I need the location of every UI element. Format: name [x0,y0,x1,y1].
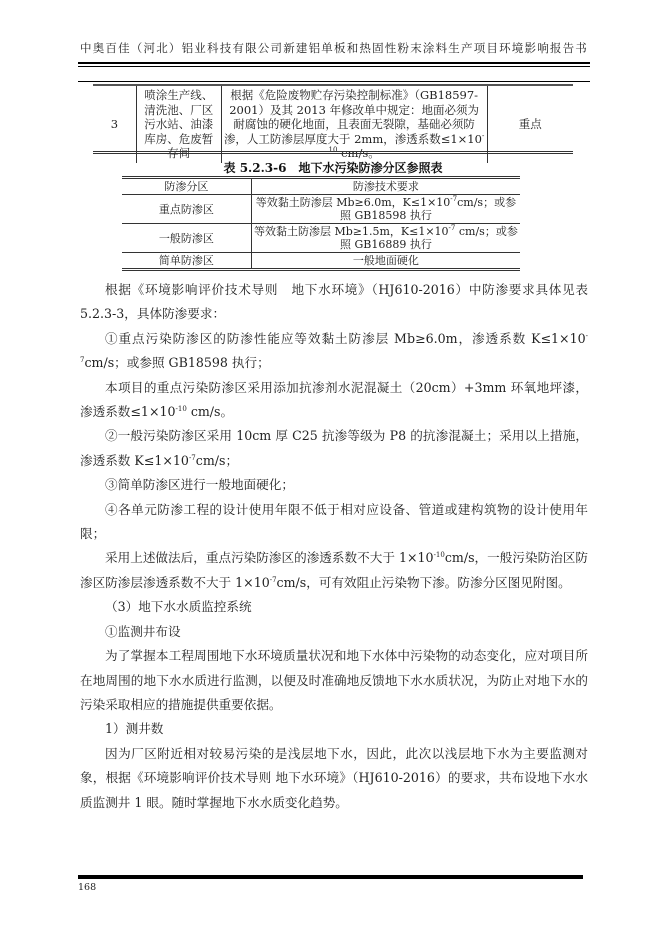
body-text: 根据《环境影响评价技术导则 地下水环境》（HJ610-2016）中防渗要求具体见… [80,278,588,815]
table-row: 重点防渗区 等效黏土防渗层 Mb≥6.0m，K≤1×10-7cm/s；或参照 G… [122,195,520,224]
paragraph: 根据《环境影响评价技术导则 地下水环境》（HJ610-2016）中防渗要求具体见… [80,278,588,327]
cell-zone: 重点防渗区 [122,195,251,224]
header-rule-thin [78,66,590,67]
seepage-zone-table: 防渗分区 防渗技术要求 重点防渗区 等效黏土防渗层 Mb≥6.0m，K≤1×10… [122,176,520,271]
paragraph: ③简单防渗区进行一般地面硬化； [80,473,588,497]
footer-rule [78,875,583,879]
subsection-heading: ①监测井布设 [80,620,588,644]
cell-requirement: 等效黏土防渗层 Mb≥6.0m，K≤1×10-7cm/s；或参照 GB18598… [251,195,520,224]
cell-requirement: 等效黏土防渗层 Mb≥1.5m，K≤1×10-7 cm/s；或参照 GB1688… [251,224,520,253]
cell-zone: 简单防渗区 [122,253,251,270]
subsection-heading: 1）测井数 [80,717,588,741]
paragraph: 采用上述做法后，重点污染防渗区的渗透系数不大于 1×10-10cm/s，一般污染… [80,546,588,595]
header-zone: 防渗分区 [122,178,251,195]
paragraph: 本项目的重点污染防渗区采用添加抗渗剂水泥混凝土（20cm）+3mm 环氧地坪漆，… [80,376,588,425]
page-number: 168 [78,882,96,893]
table-caption: 表 5.2.3-6 地下水污染防渗分区参照表 [93,159,573,176]
paragraph: ①重点污染防渗区的防渗性能应等效黏土防渗层 Mb≥6.0m，渗透系数 K≤1×1… [80,327,588,376]
cell-zone: 一般防渗区 [122,224,251,253]
paragraph: 为了掌握本工程周围地下水环境质量状况和地下水体中污染物的动态变化，应对项目所在地… [80,644,588,717]
table-row: 一般防渗区 等效黏土防渗层 Mb≥1.5m，K≤1×10-7 cm/s；或参照 … [122,224,520,253]
paragraph: 因为厂区附近相对较易污染的是浅层地下水，因此，此次以浅层地下水为主要监测对象，根… [80,742,588,815]
page-header-title: 中奥百佳（河北）铝业科技有限公司新建铝单板和热固性粉末涂料生产项目环境影响报告书 [78,40,590,56]
paragraph: ④各单元防渗工程的设计使用年限不低于相对应设备、管道或建构筑物的设计使用年限； [80,498,588,547]
header-rule [78,62,590,64]
table-header-row: 防渗分区 防渗技术要求 [122,178,520,195]
table-row: 简单防渗区 一般地面硬化 [122,253,520,270]
paragraph: ②一般污染防渗区采用 10cm 厚 C25 抗渗等级为 P8 的抗渗混凝土；采用… [80,424,588,473]
cell-requirement: 一般地面硬化 [251,253,520,270]
table-bottom-rule [93,151,573,154]
section-heading: （3）地下水水质监控系统 [80,595,588,619]
header-requirement: 防渗技术要求 [251,178,520,195]
table-top-rule [78,81,590,82]
